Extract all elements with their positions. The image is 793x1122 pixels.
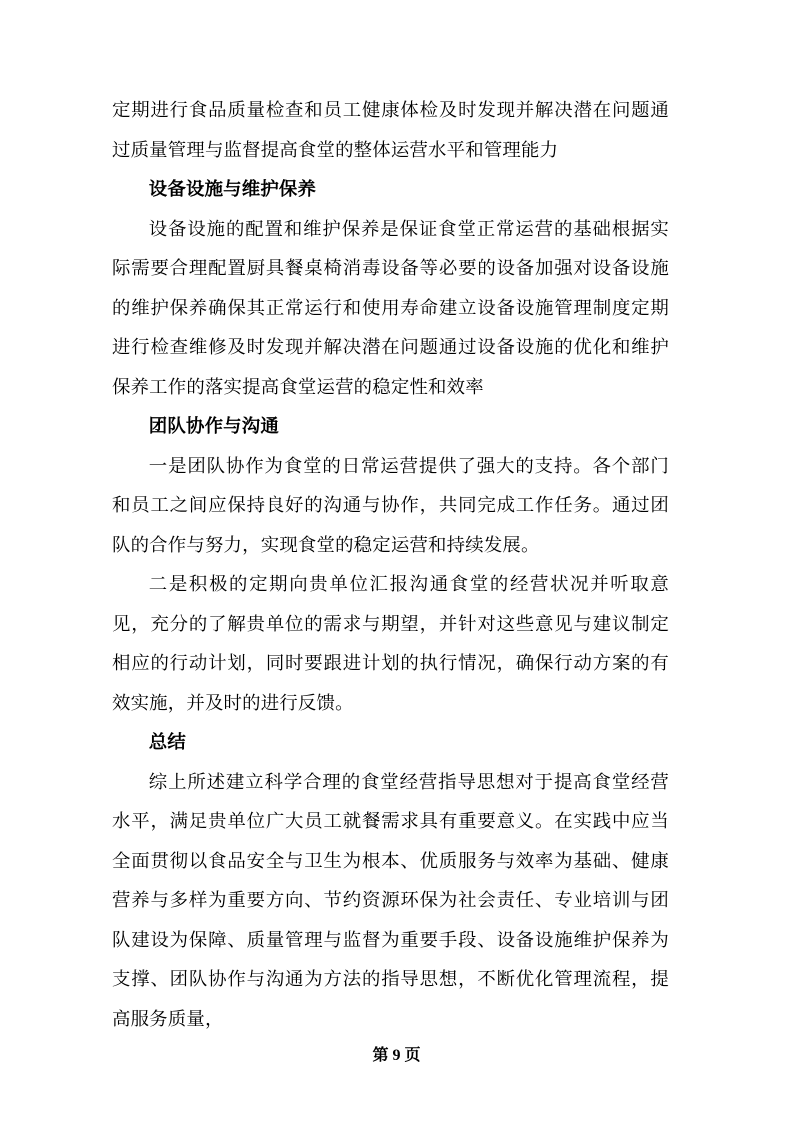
section-heading: 团队协作与沟通 [112, 407, 669, 447]
body-paragraph: 二是积极的定期向贵单位汇报沟通食堂的经营状况并听取意见，充分的了解贵单位的需求与… [112, 565, 669, 723]
document-body: 定期进行食品质量检查和员工健康体检及时发现并解决潜在问题通过质量管理与监督提高食… [112, 91, 669, 1039]
document-page: 定期进行食品质量检查和员工健康体检及时发现并解决潜在问题通过质量管理与监督提高食… [0, 0, 793, 1122]
section-heading: 设备设施与维护保养 [112, 170, 669, 210]
body-paragraph: 设备设施的配置和维护保养是保证食堂正常运营的基础根据实际需要合理配置厨具餐桌椅消… [112, 210, 669, 408]
body-paragraph: 综上所述建立科学合理的食堂经营指导思想对于提高食堂经营水平，满足贵单位广大员工就… [112, 763, 669, 1040]
body-paragraph: 定期进行食品质量检查和员工健康体检及时发现并解决潜在问题通过质量管理与监督提高食… [112, 91, 669, 170]
page-footer: 第 9 页 [0, 1046, 793, 1065]
body-paragraph: 一是团队协作为食堂的日常运营提供了强大的支持。各个部门和员工之间应保持良好的沟通… [112, 447, 669, 566]
section-heading: 总结 [112, 723, 669, 763]
page-number: 第 9 页 [372, 1047, 420, 1064]
